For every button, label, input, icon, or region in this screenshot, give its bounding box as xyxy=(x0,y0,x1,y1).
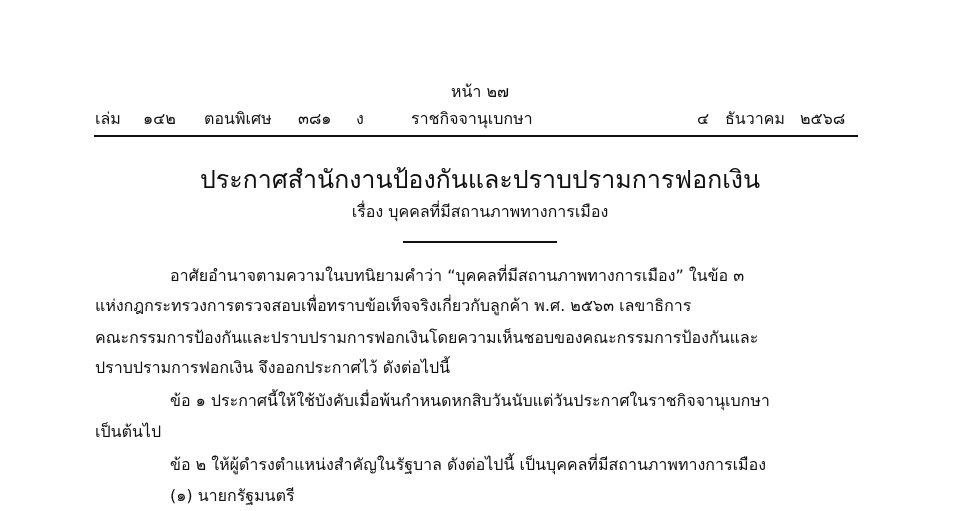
date-day: ๔ xyxy=(697,107,709,132)
title-divider xyxy=(403,241,557,243)
document-title: ประกาศสำนักงานป้องกันและปราบปรามการฟอกเง… xyxy=(0,160,960,200)
preamble-line-4: ปราบปรามการฟอกเงิน จึงออกประกาศไว้ ดังต่… xyxy=(95,356,450,381)
date-month: ธันวาคม xyxy=(725,107,785,132)
clause-1-line-1: ข้อ ๑ ประกาศนี้ให้ใช้บังคับเมื่อพ้นกำหนด… xyxy=(170,389,770,414)
section-label: ตอนพิเศษ xyxy=(204,107,272,132)
preamble-line-3: คณะกรรมการป้องกันและปราบปรามการฟอกเงินโด… xyxy=(95,326,758,351)
volume-number: ๑๔๒ xyxy=(143,107,176,132)
preamble-line-1: อาศัยอำนาจตามความในบทนิยามคำว่า “บุคคลที… xyxy=(170,264,744,289)
header-divider xyxy=(94,135,858,137)
preamble-line-2: แห่งกฎกระทรวงการตรวจสอบเพื่อทราบข้อเท็จจ… xyxy=(95,294,691,319)
date-year: ๒๕๖๘ xyxy=(800,107,845,132)
section-letter: ง xyxy=(356,107,364,132)
volume-label: เล่ม xyxy=(95,107,121,132)
document-subject: เรื่อง บุคคลที่มีสถานภาพทางการเมือง xyxy=(0,200,960,225)
section-number: ๓๘๑ xyxy=(298,107,331,132)
page-number: หน้า ๒๗ xyxy=(0,80,960,105)
clause-2: ข้อ ๒ ให้ผู้ดำรงตำแหน่งสำคัญในรัฐบาล ดัง… xyxy=(170,453,766,478)
gazette-name: ราชกิจจานุเบกษา xyxy=(411,107,533,132)
clause-2-item-1: (๑) นายกรัฐมนตรี xyxy=(170,484,295,509)
clause-1-line-2: เป็นต้นไป xyxy=(95,420,161,445)
